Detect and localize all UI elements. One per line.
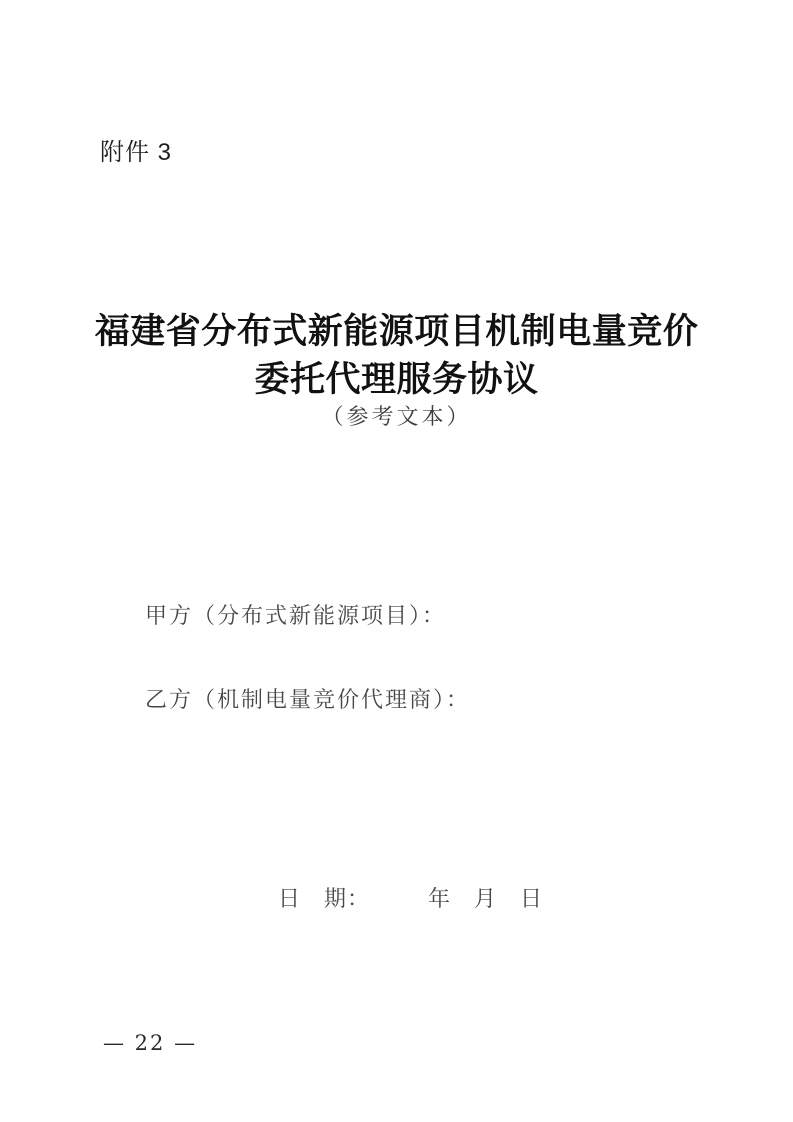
page-number: — 22 — [103,1031,197,1056]
document-title-line1: 福建省分布式新能源项目机制电量竞价 [0,308,793,356]
party-a-line: 甲方（分布式新能源项目）： [145,602,446,630]
party-b-line: 乙方（机制电量竞价代理商）： [145,686,470,714]
document-page: 附件 3 福建省分布式新能源项目机制电量竞价 委托代理服务协议 （参考文本） 甲… [0,0,793,1122]
date-line: 日 期： 年 月 日 [278,885,543,913]
document-title-line2: 委托代理服务协议 [0,356,793,404]
attachment-label: 附件 3 [100,139,172,168]
document-subtitle: （参考文本） [0,404,793,430]
document-title: 福建省分布式新能源项目机制电量竞价 委托代理服务协议 [0,308,793,404]
